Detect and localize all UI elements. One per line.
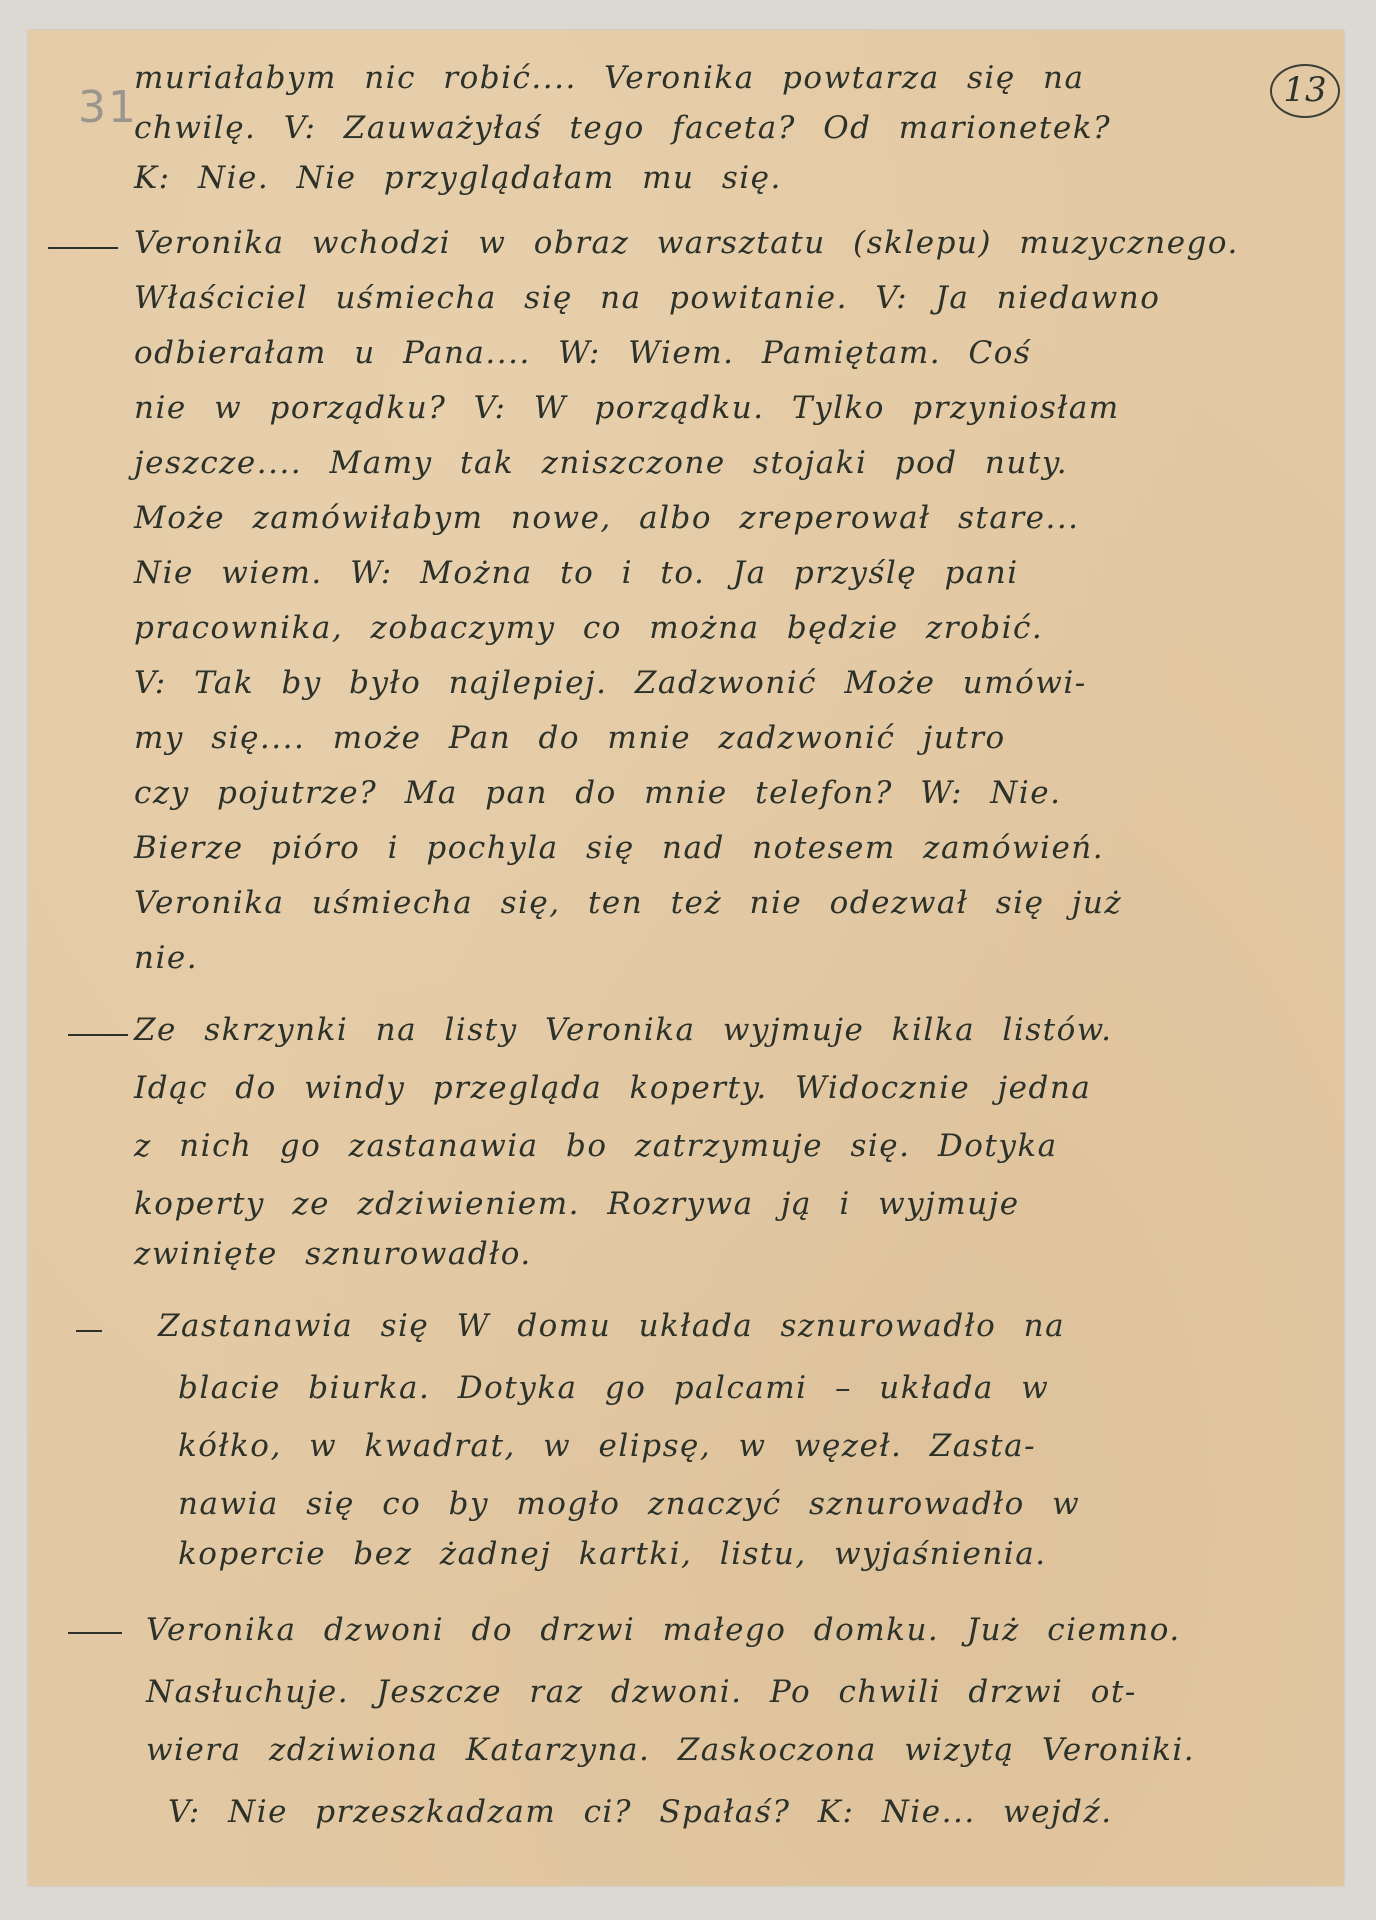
text-line: chwilę. V: Zauważyłaś tego faceta? Od ma… bbox=[134, 110, 1111, 146]
page-number-circled: 13 bbox=[1270, 64, 1340, 118]
text-line: Veronika uśmiecha się, ten też nie odezw… bbox=[134, 885, 1122, 921]
text-line: nawia się co by mogło znaczyć sznurowadł… bbox=[178, 1486, 1080, 1522]
text-line: Zastanawia się W domu układa sznurowadło… bbox=[158, 1308, 1065, 1344]
text-line: Może zamówiłabym nowe, albo zreperował s… bbox=[134, 500, 1080, 536]
text-line: V: Tak by było najlepiej. Zadzwonić Może… bbox=[134, 665, 1087, 701]
paragraph-dash bbox=[76, 1330, 102, 1332]
text-line: kopercie bez żadnej kartki, listu, wyjaś… bbox=[178, 1536, 1047, 1572]
paragraph-dash bbox=[48, 247, 118, 249]
text-line: czy pojutrze? Ma pan do mnie telefon? W:… bbox=[134, 775, 1061, 811]
manuscript-page: 31 13 muriałabym nic robić.... Veronika … bbox=[28, 30, 1344, 1886]
text-line: V: Nie przeszkadzam ci? Spałaś? K: Nie..… bbox=[168, 1794, 1113, 1830]
text-line: blacie biurka. Dotyka go palcami – układ… bbox=[178, 1370, 1049, 1406]
text-line: Nie wiem. W: Można to i to. Ja przyślę p… bbox=[134, 555, 1019, 591]
text-line: zwinięte sznurowadło. bbox=[134, 1236, 532, 1272]
text-line: Veronika dzwoni do drzwi małego domku. J… bbox=[146, 1612, 1181, 1648]
text-line: Bierze pióro i pochyla się nad notesem z… bbox=[134, 830, 1104, 866]
text-line: nie. bbox=[134, 940, 198, 976]
text-line: Ze skrzynki na listy Veronika wyjmuje ki… bbox=[134, 1012, 1113, 1048]
text-line: z nich go zastanawia bo zatrzymuje się. … bbox=[134, 1128, 1058, 1164]
archive-number: 31 bbox=[78, 82, 138, 133]
text-line: Veronika wchodzi w obraz warsztatu (skle… bbox=[134, 225, 1239, 261]
text-line: wiera zdziwiona Katarzyna. Zaskoczona wi… bbox=[146, 1732, 1195, 1768]
paragraph-dash bbox=[68, 1632, 122, 1634]
text-line: muriałabym nic robić.... Veronika powtar… bbox=[134, 60, 1085, 96]
text-line: Nasłuchuje. Jeszcze raz dzwoni. Po chwil… bbox=[146, 1674, 1137, 1710]
text-line: odbierałam u Pana.... W: Wiem. Pamiętam.… bbox=[134, 335, 1031, 371]
paragraph-dash bbox=[68, 1034, 128, 1036]
text-line: pracownika, zobaczymy co można będzie zr… bbox=[134, 610, 1043, 646]
text-line: koperty ze zdziwieniem. Rozrywa ją i wyj… bbox=[134, 1186, 1020, 1222]
text-line: my się.... może Pan do mnie zadzwonić ju… bbox=[134, 720, 1006, 756]
text-line: kółko, w kwadrat, w elipsę, w węzeł. Zas… bbox=[178, 1428, 1036, 1464]
text-line: jeszcze.... Mamy tak zniszczone stojaki … bbox=[134, 445, 1068, 481]
text-line: nie w porządku? V: W porządku. Tylko prz… bbox=[134, 390, 1120, 426]
text-line: Idąc do windy przegląda koperty. Widoczn… bbox=[134, 1070, 1091, 1106]
text-line: K: Nie. Nie przyglądałam mu się. bbox=[134, 160, 782, 196]
text-line: Właściciel uśmiecha się na powitanie. V:… bbox=[134, 280, 1160, 316]
